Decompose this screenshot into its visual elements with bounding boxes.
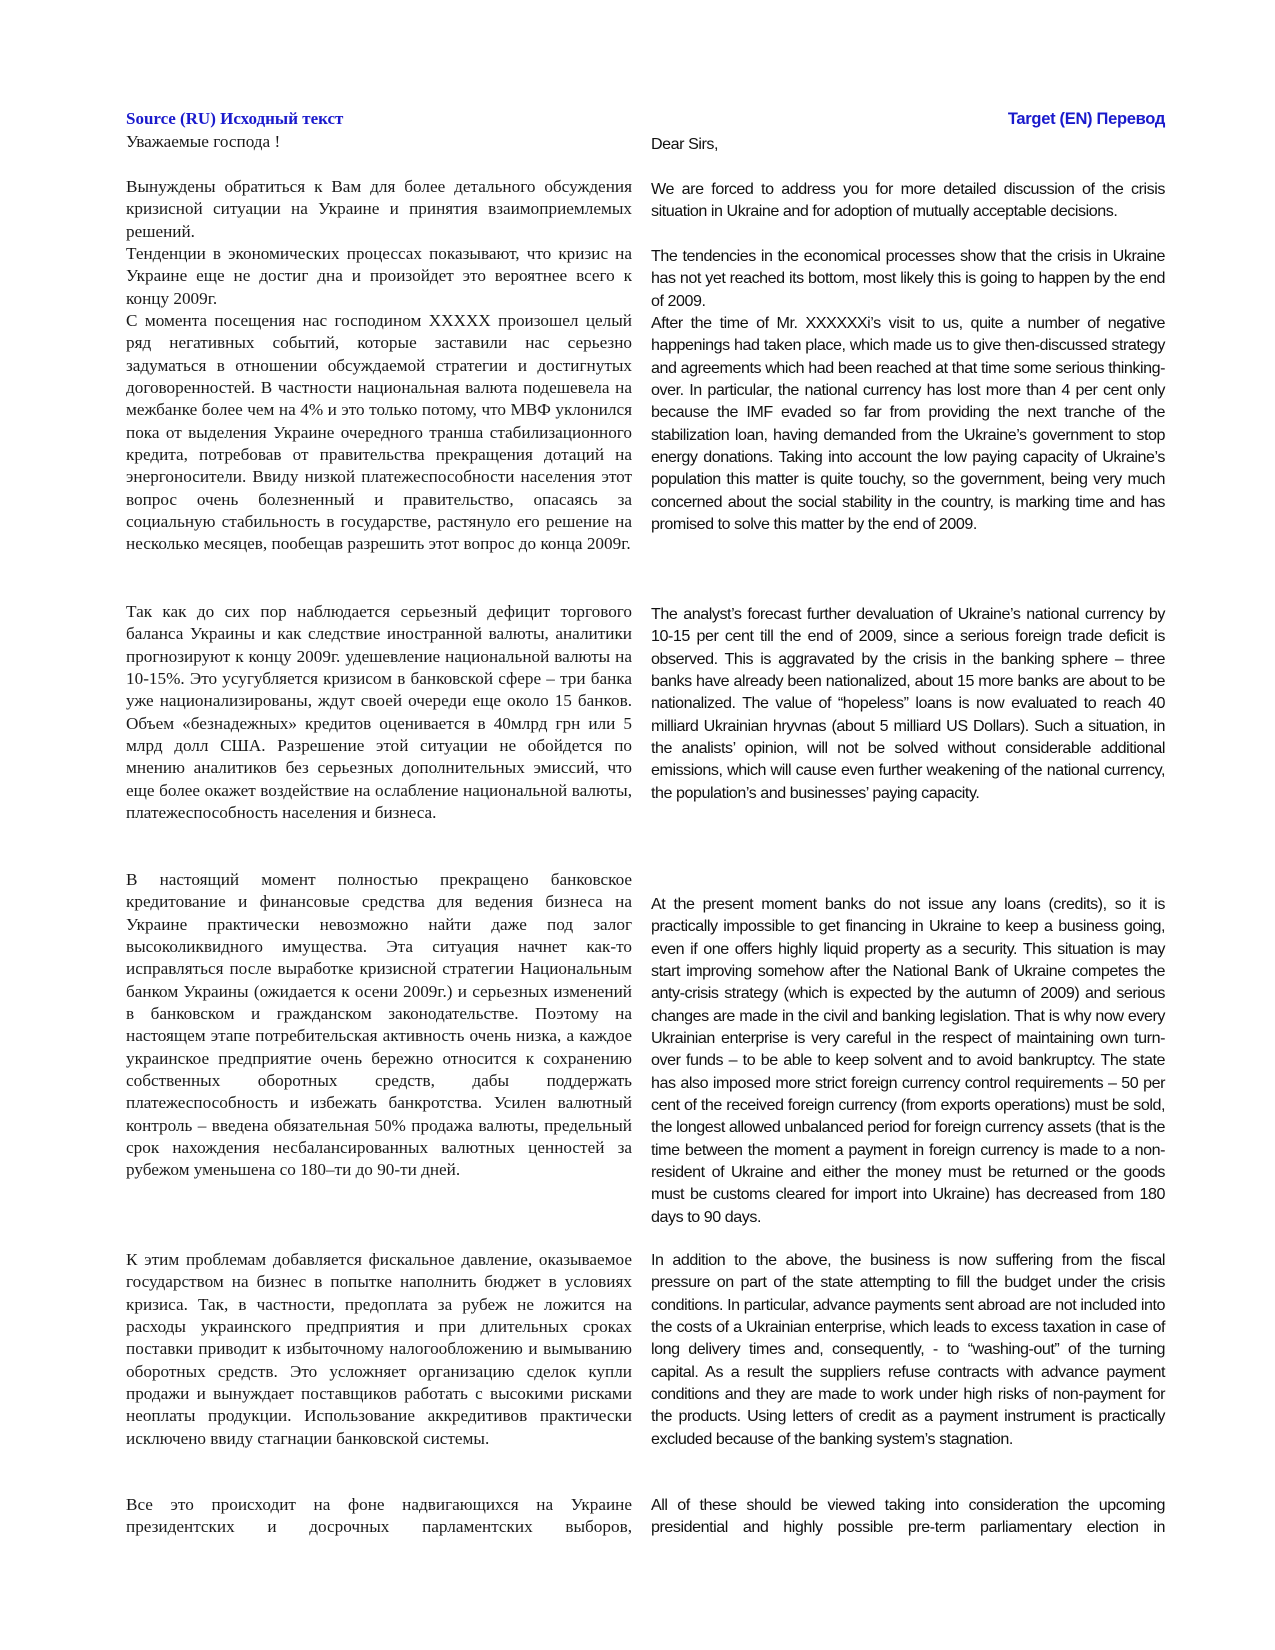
source-paragraph-1: Вынуждены обратиться к Вам для более дет…: [126, 176, 632, 243]
target-paragraph-2: The tendencies in the economical process…: [651, 245, 1165, 312]
source-paragraph-5: В настоящий момент полностью прекращено …: [126, 869, 632, 1182]
source-paragraph-7: Все это происходит на фоне надвигающихся…: [126, 1494, 632, 1539]
source-paragraph-6: К этим проблемам добавляется фискальное …: [126, 1249, 632, 1450]
source-paragraph-2: Тенденции в экономических процессах пока…: [126, 243, 632, 310]
source-greeting: Уважаемые господа !: [126, 131, 632, 153]
source-column-header: Source (RU) Исходный текст: [126, 108, 343, 130]
target-greeting: Dear Sirs,: [651, 133, 1165, 155]
source-paragraph-4: Так как до сих пор наблюдается серьезный…: [126, 601, 632, 824]
target-column-header: Target (EN) Перевод: [1008, 108, 1165, 130]
target-paragraph-5: At the present moment banks do not issue…: [651, 893, 1165, 1228]
target-paragraph-3: After the time of Mr. XXXXXXi’s visit to…: [651, 312, 1165, 535]
target-paragraph-7: All of these should be viewed taking int…: [651, 1494, 1165, 1539]
target-paragraph-1: We are forced to address you for more de…: [651, 178, 1165, 223]
target-paragraph-4: The analyst’s forecast further devaluati…: [651, 603, 1165, 804]
target-paragraph-6: In addition to the above, the business i…: [651, 1249, 1165, 1450]
source-paragraph-3: С момента посещения нас господином XXXXX…: [126, 310, 632, 556]
